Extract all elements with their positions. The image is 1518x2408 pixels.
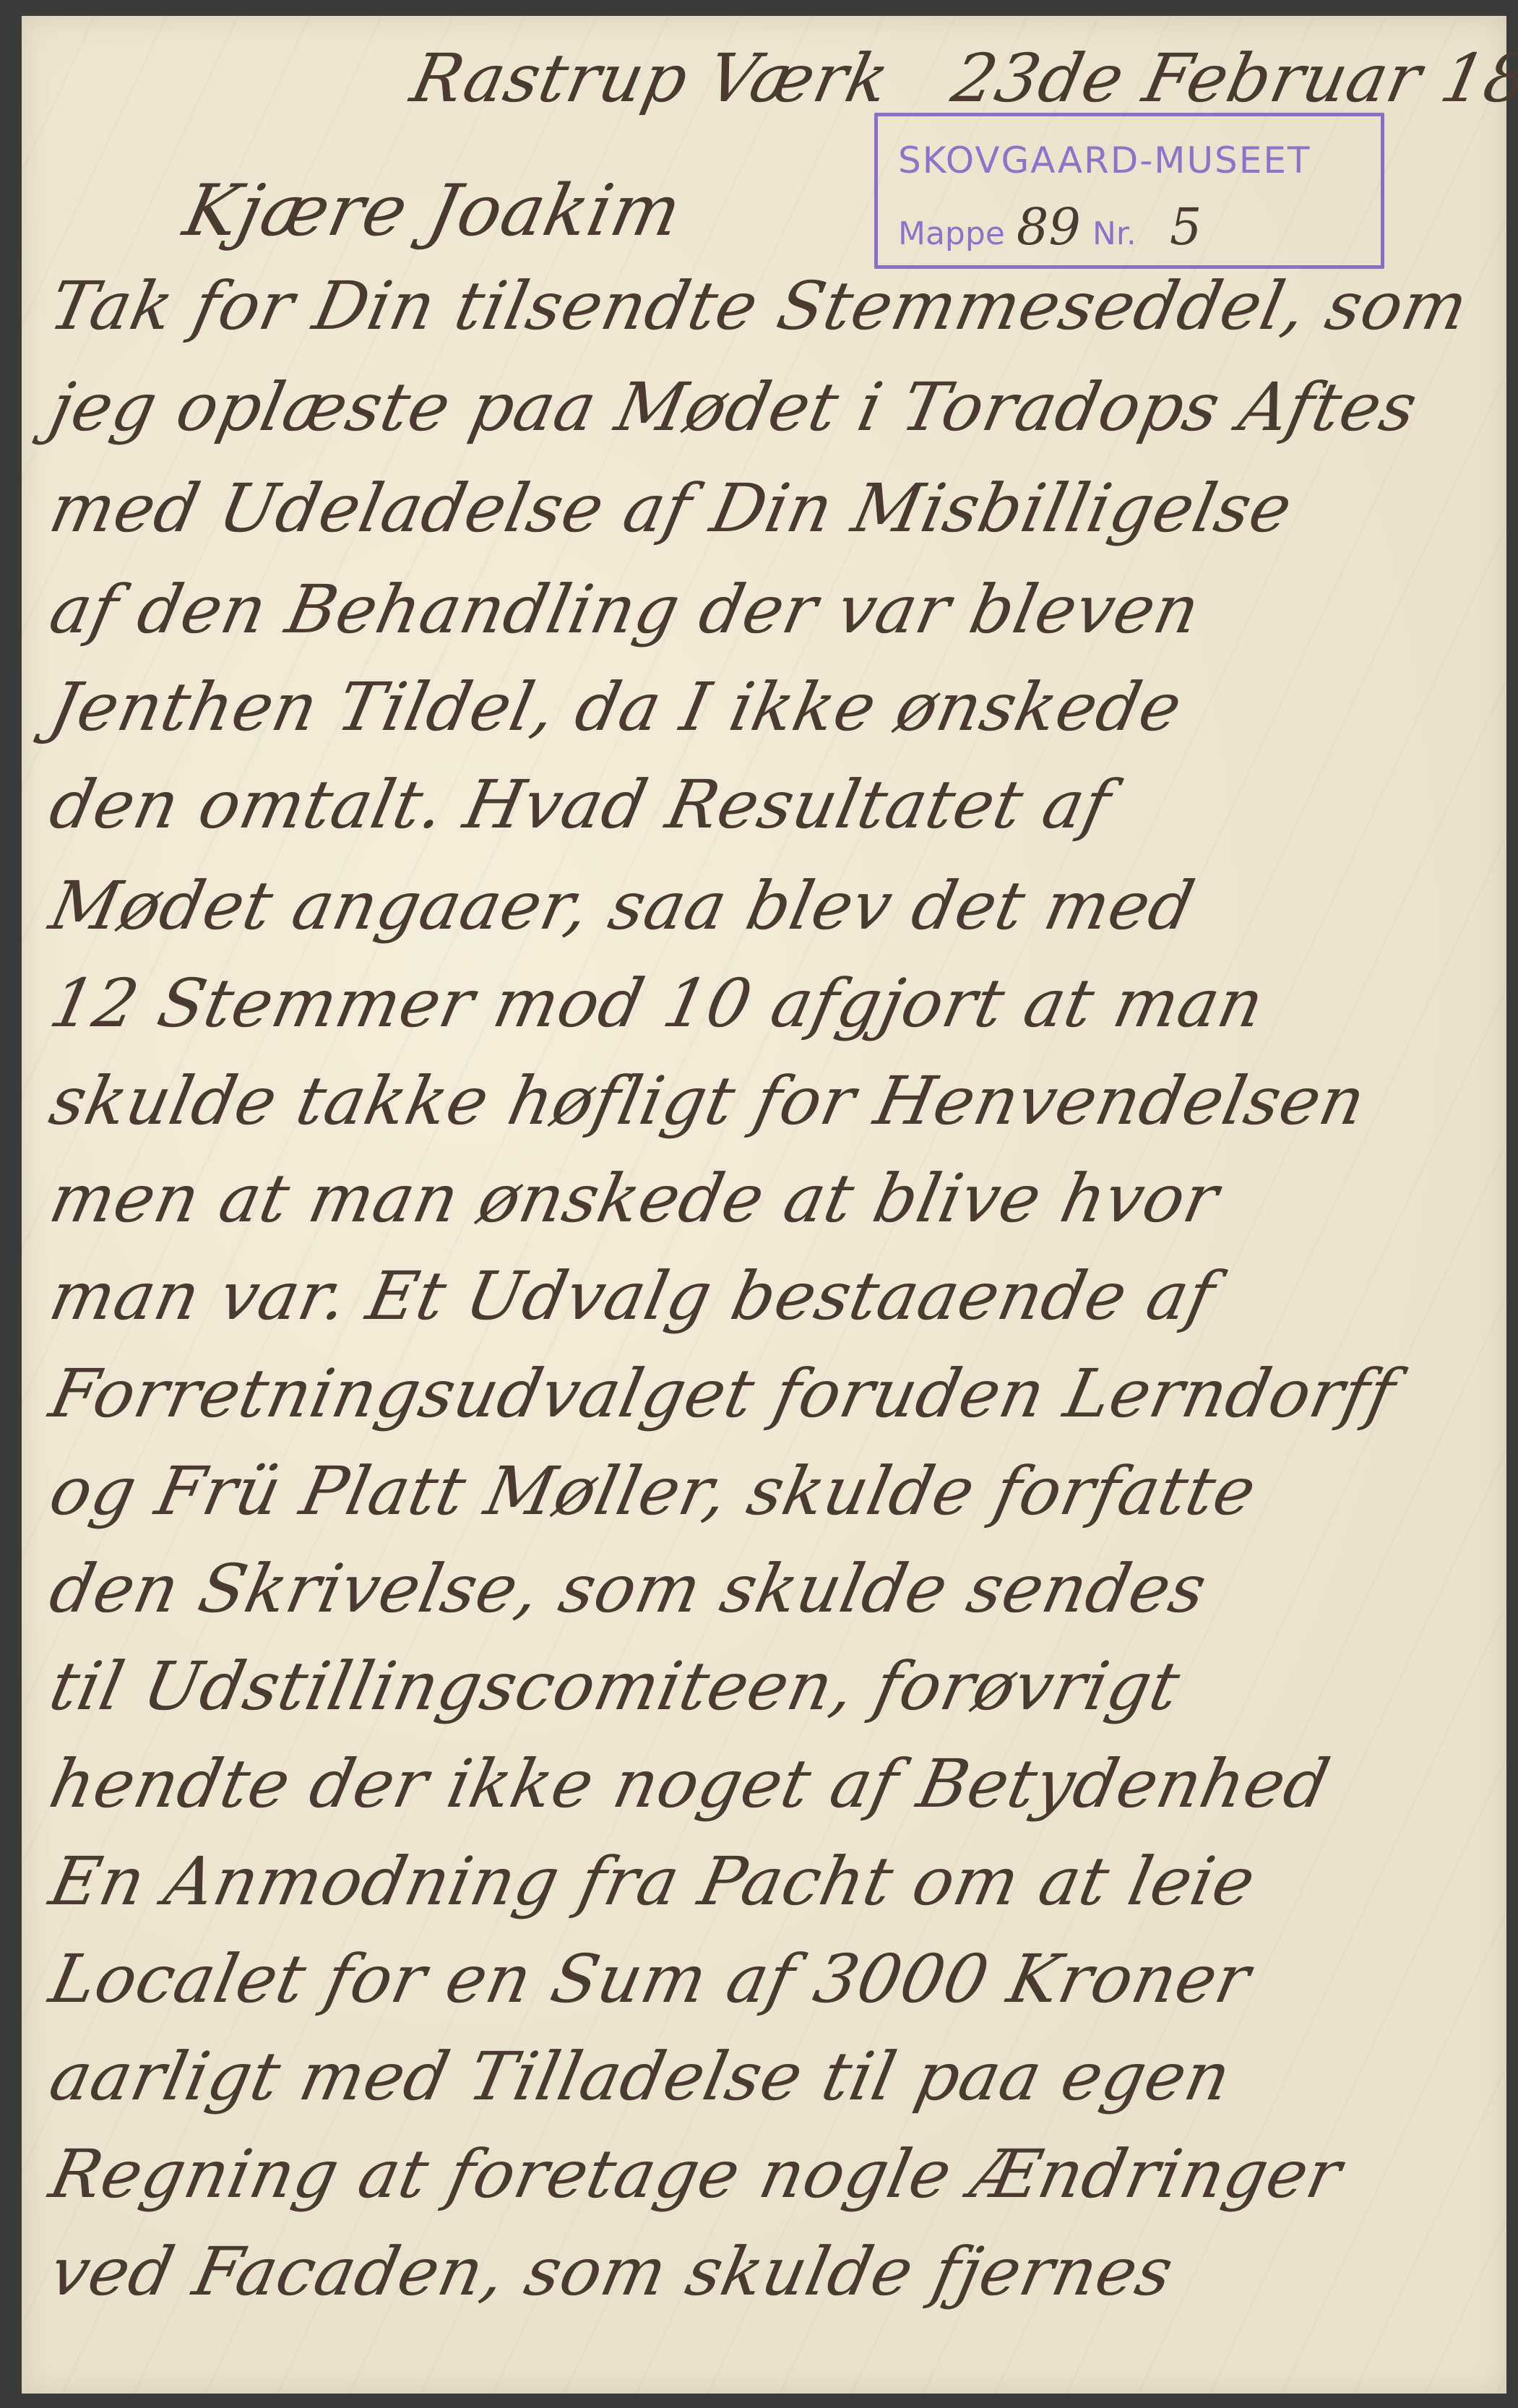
letter-line: men at man ønskede at blive hvor [43,1160,1225,1237]
stamp-nr-label: Nr. [1092,215,1137,252]
stamp-nr-value: 5 [1170,197,1202,257]
letter-line: Mødet angaaer, saa blev det med [43,867,1202,945]
stamp-mappe-label: Mappe [898,215,1005,252]
letter-place: Rastrup Værk [405,40,897,117]
letter-line: til Udstillingscomiteen, forøvrigt [43,1648,1187,1725]
museum-stamp: SKOVGAARD-MUSEET Mappe 89 Nr. 5 [874,113,1384,269]
letter-line: man var. Et Udvalg bestaaende af [43,1257,1222,1335]
letter-line: Jenthen Tildel, da I ikke ønskede [43,668,1189,746]
stamp-mappe-value: 89 [1017,197,1081,257]
letter-line: ved Facaden, som skulde fjernes [43,2233,1180,2310]
letter-line: Forretningsudvalget foruden Lerndorff [43,1355,1402,1432]
letter-date: 23de Februar 1876 [946,40,1518,117]
letter-line: skulde takke høfligt for Henvendelsen [43,1062,1373,1140]
letter-line: hendte der ikke noget af Betydenhed [43,1745,1337,1823]
letter-line: Tak for Din tilsendte Stemmeseddel, som [43,267,1475,345]
letter-line: med Udeladelse af Din Misbilligelse [43,470,1299,547]
letter-line: og Frü Platt Møller, skulde forfatte [43,1453,1263,1530]
letter-line: af den Behandling der var bleven [43,571,1207,648]
letter-line: En Anmodning fra Pacht om at leie [43,1843,1262,1920]
letter-line: Regning at foretage nogle Ændringer [43,2136,1349,2213]
stamp-folder-row: Mappe 89 Nr. 5 [898,197,1202,257]
stamp-institution: SKOVGAARD-MUSEET [898,139,1311,181]
letter-line: aarligt med Tilladelse til paa egen [43,2038,1238,2115]
letter-header: Rastrup Værk 23de Februar 1876 [405,40,1518,117]
letter-line: den Skrivelse, som skulde sendes [43,1550,1214,1627]
letter-salutation: Kjære Joakim [177,170,689,252]
letter-line: den omtalt. Hvad Resultatet af [43,766,1118,843]
letter-line: 12 Stemmer mod 10 afgjort at man [43,965,1271,1042]
letter-line: Localet for en Sum af 3000 Kroner [43,1940,1257,2018]
letter-line: jeg oplæste paa Mødet i Toradops Aftes [43,369,1424,446]
